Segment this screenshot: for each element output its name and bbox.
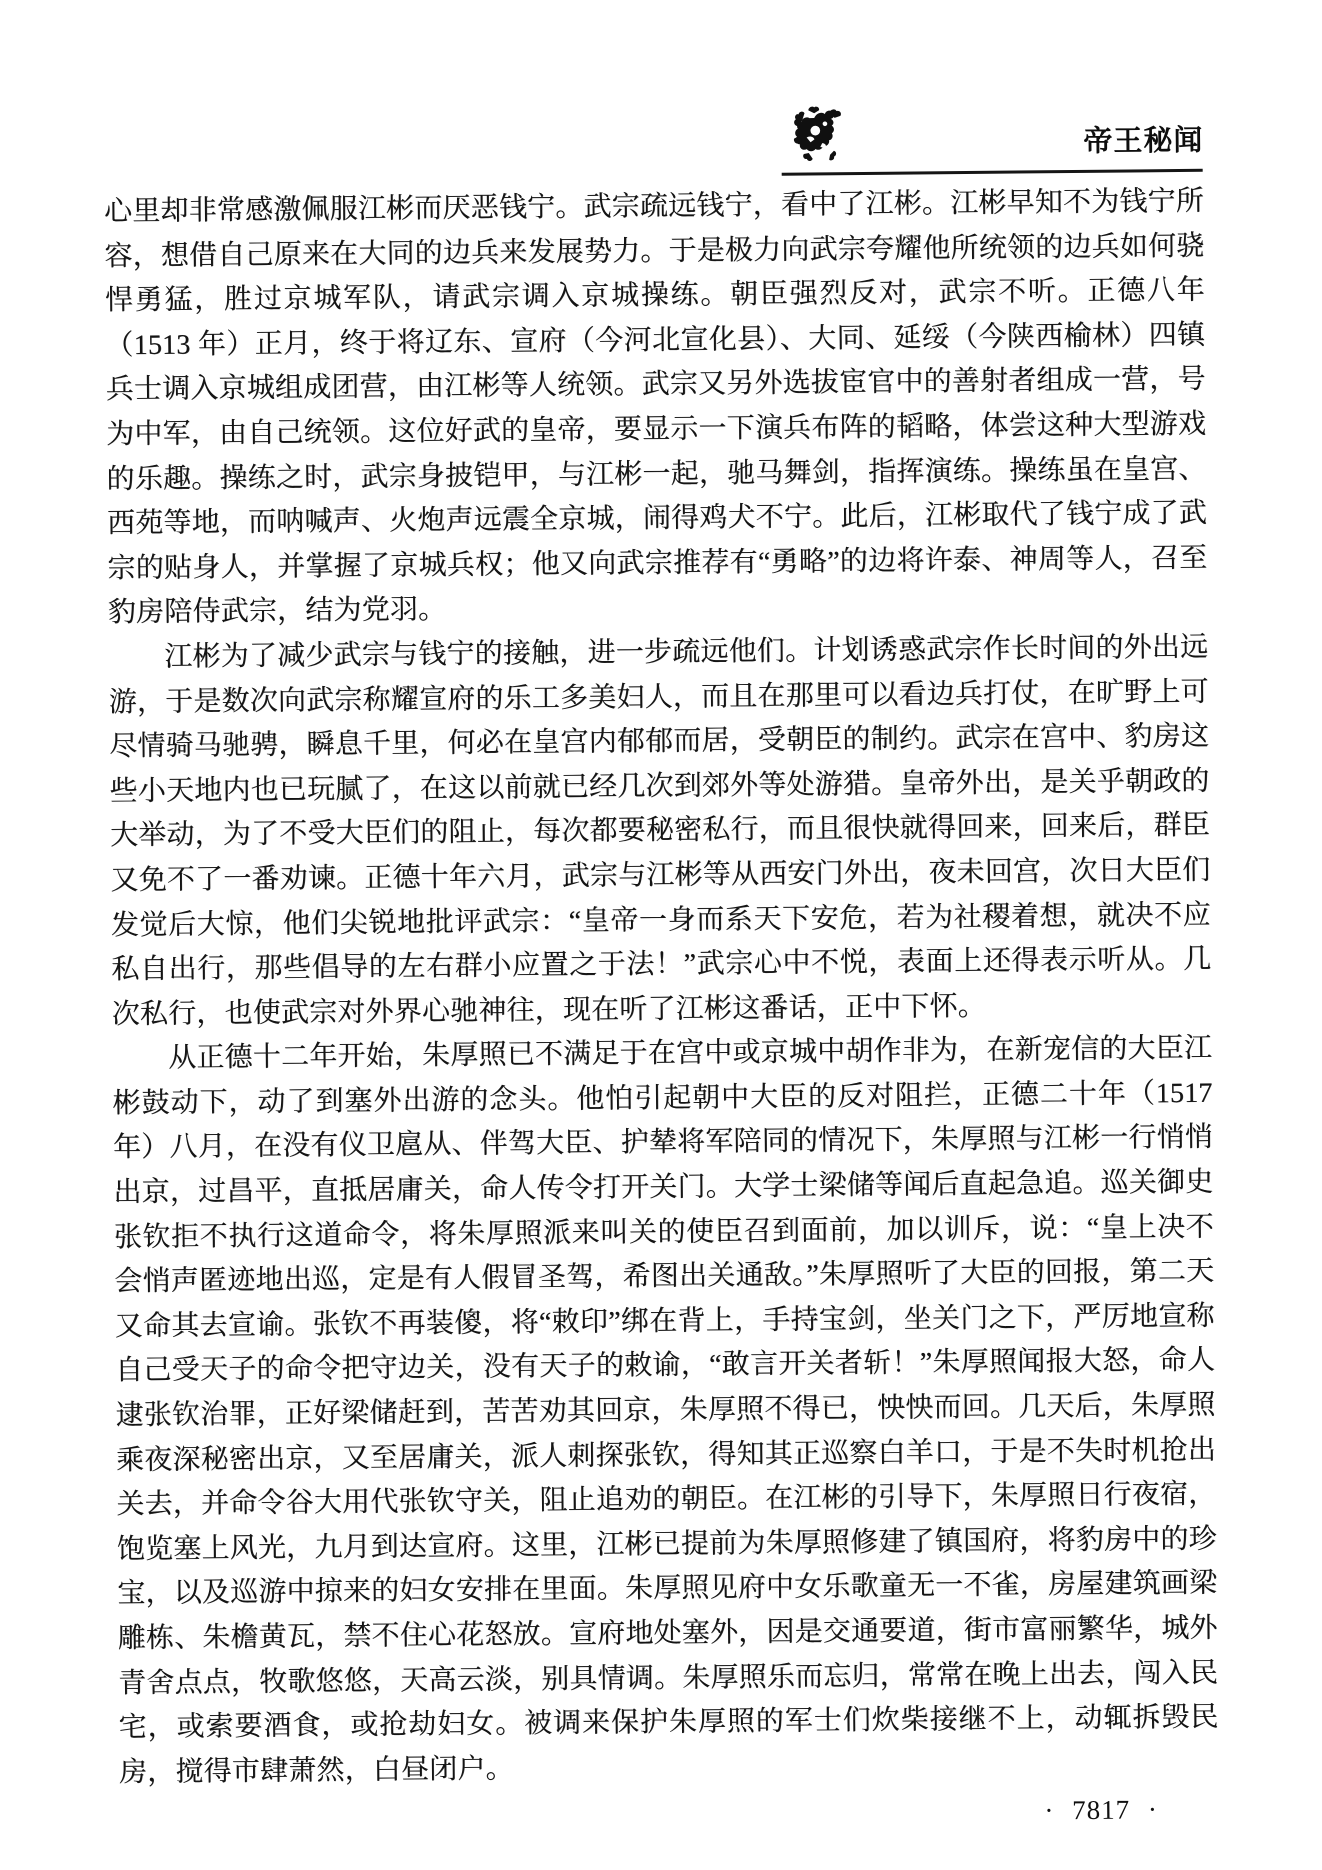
scanned-content: 帝王秘闻 心里却非常感激佩服江彬而厌恶钱宁。武宗疏远钱宁，看中了江彬。江彬早知不… — [0, 0, 1322, 1870]
document-body: 心里却非常感激佩服江彬而厌恶钱宁。武宗疏远钱宁，看中了江彬。江彬早知不为钱宁所容… — [104, 180, 1219, 1796]
dragon-icon — [784, 104, 849, 167]
page-header-title: 帝王秘闻 — [1083, 121, 1203, 162]
page-number: · 7817 · — [1044, 1794, 1158, 1826]
body-paragraph: 心里却非常感激佩服江彬而厌恶钱宁。武宗疏远钱宁，看中了江彬。江彬早知不为钱宁所容… — [104, 180, 1208, 636]
book-page: 帝王秘闻 心里却非常感激佩服江彬而厌恶钱宁。武宗疏远钱宁，看中了江彬。江彬早知不… — [0, 0, 1322, 1870]
page-header: 帝王秘闻 — [0, 0, 1313, 6]
page-footer: · 7817 · — [0, 0, 1313, 6]
body-paragraph: 江彬为了减少武宗与钱宁的接触，进一步疏远他们。计划诱惑武宗作长时间的外出远游，于… — [108, 626, 1212, 1038]
header-rule — [782, 169, 1203, 176]
body-paragraph: 从正德十二年开始，朱厚照已不满足于在宫中或京城中胡作非为，在新宠信的大臣江彬鼓动… — [112, 1027, 1219, 1796]
